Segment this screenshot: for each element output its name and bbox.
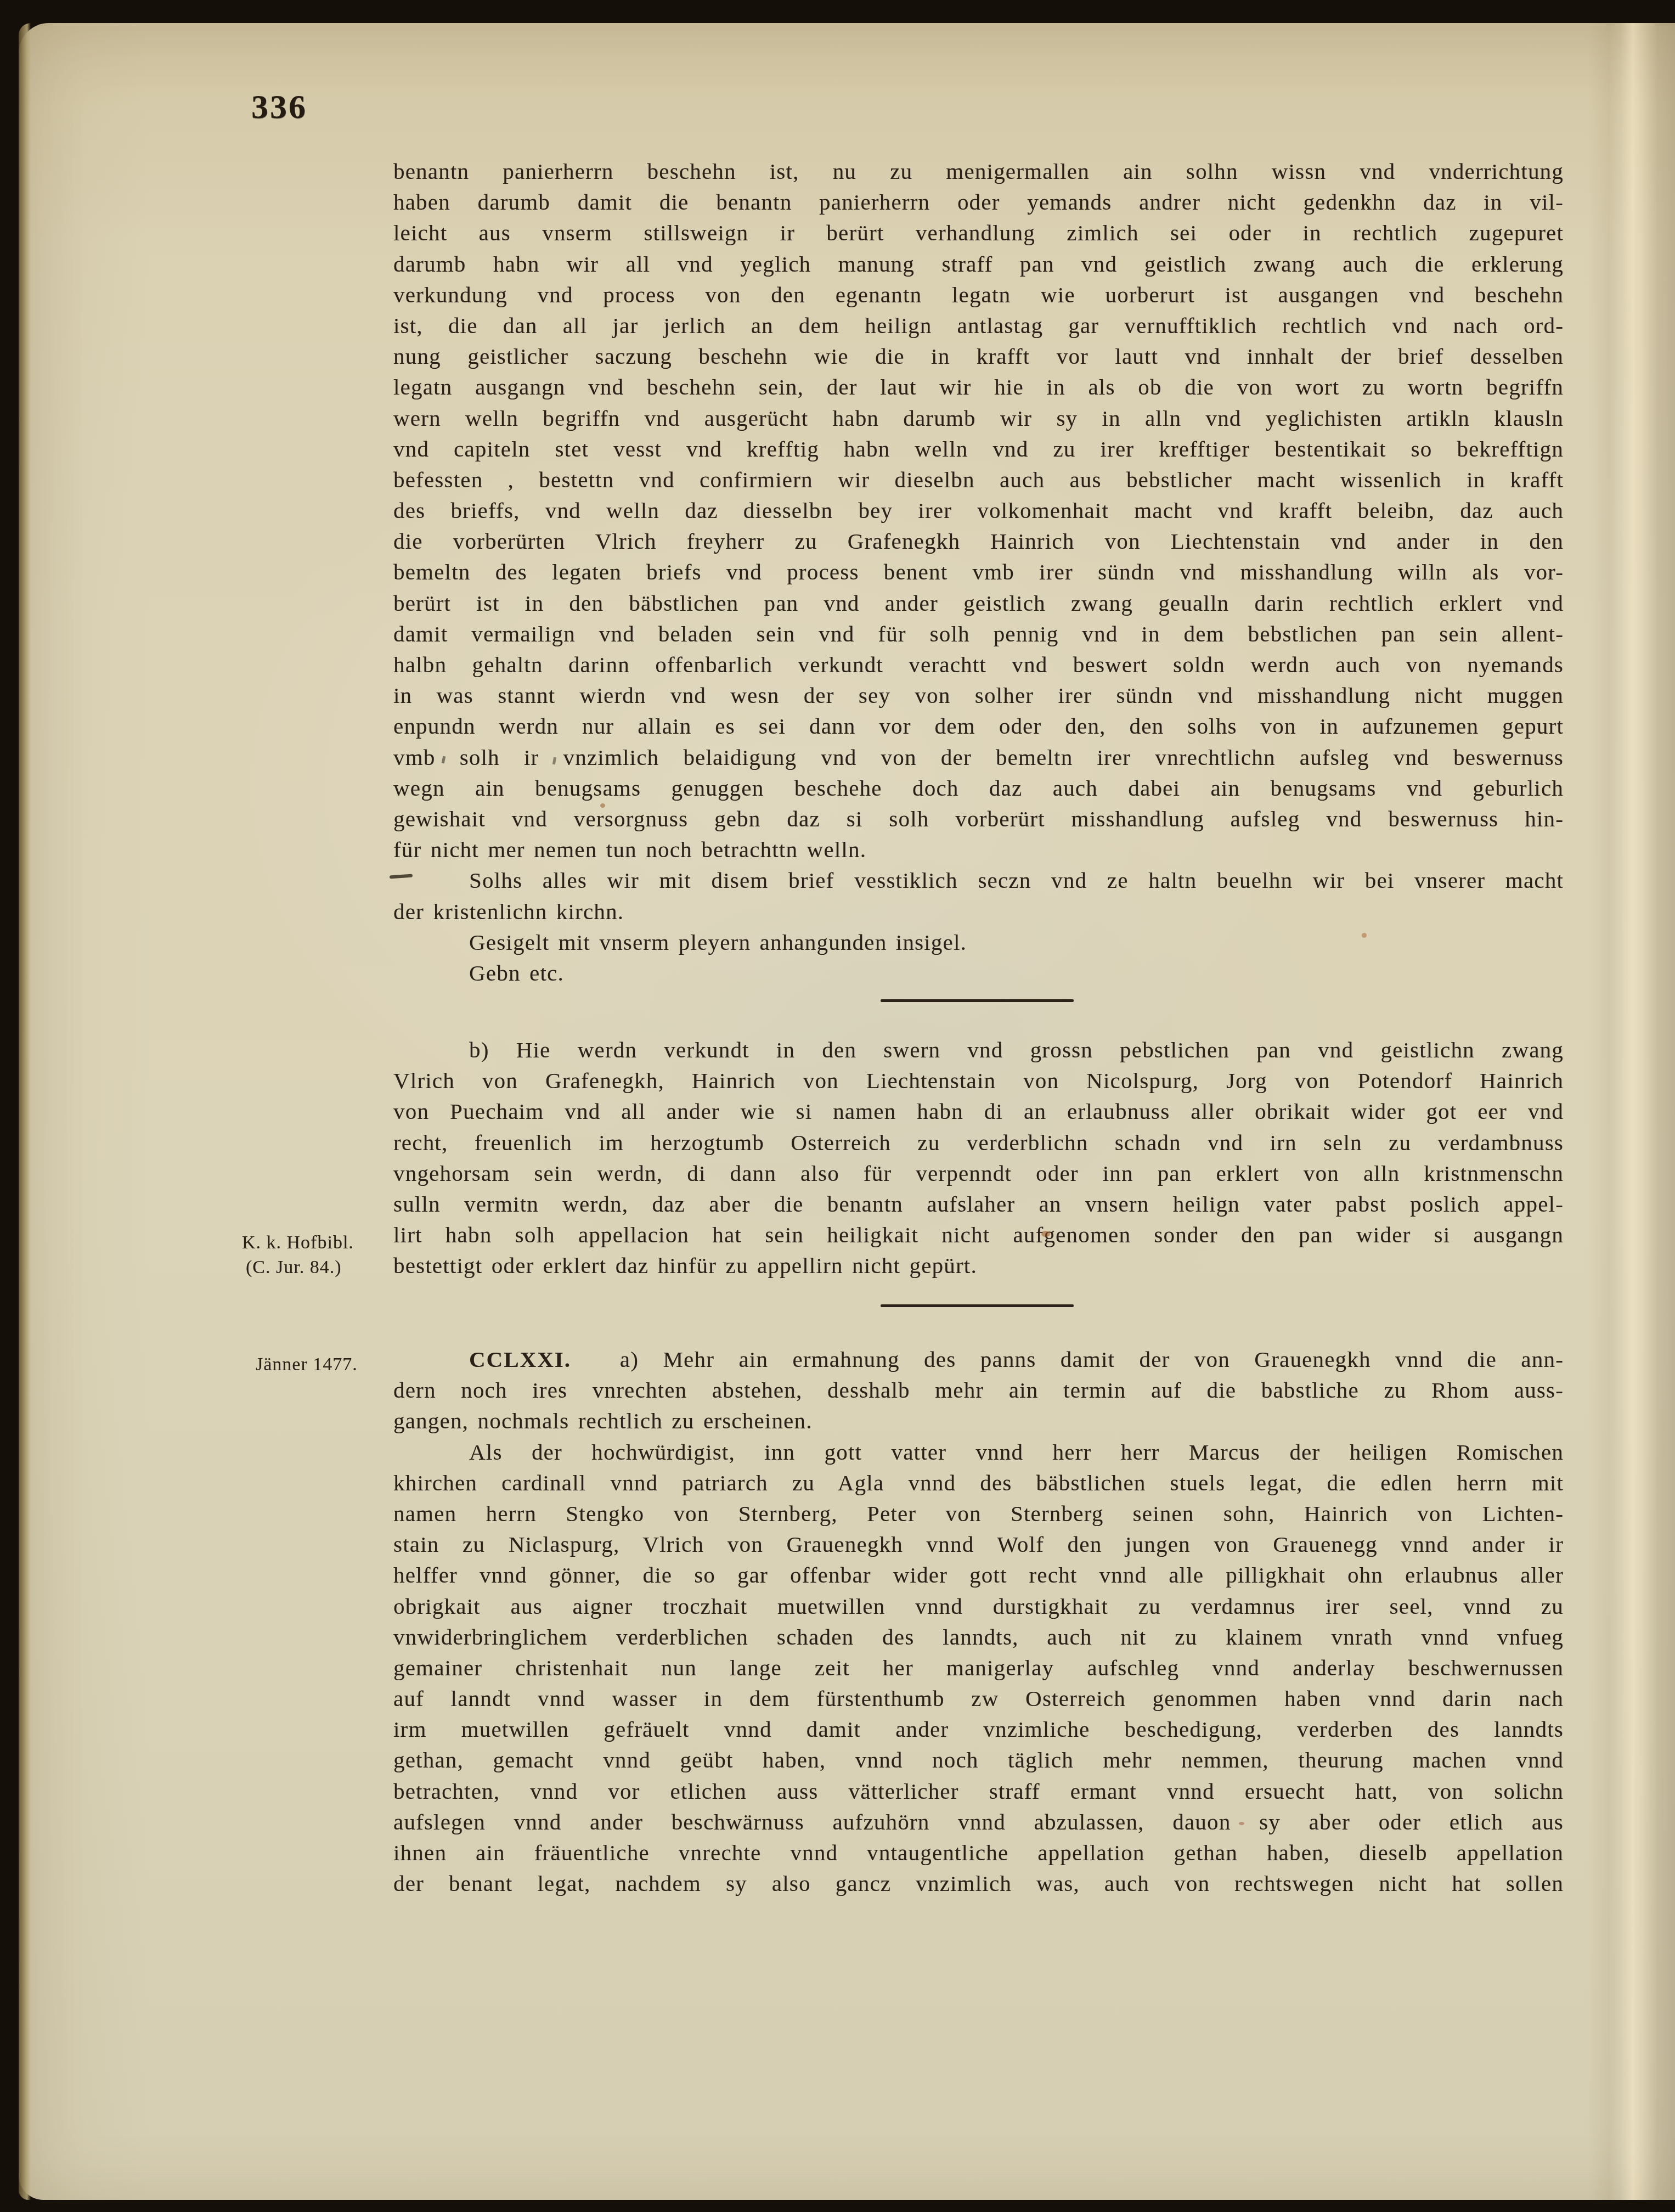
text-line: halbn gehaltn darinn offenbarlich verkun… bbox=[393, 649, 1564, 680]
text-line: Solhs alles wir mit disem brief vesstikl… bbox=[393, 865, 1564, 896]
section-divider bbox=[881, 1304, 1074, 1307]
text-line: lirt habn solh appellacion hat sein heil… bbox=[393, 1219, 1564, 1250]
text-line: bemeltn des legaten briefs vnd process b… bbox=[393, 556, 1564, 587]
text-line: recht, freuenlich im herzogtumb Osterrei… bbox=[393, 1127, 1564, 1158]
paper-stain bbox=[1362, 933, 1367, 938]
text-line: vngehorsam sein werdn, di dann also für … bbox=[393, 1158, 1564, 1189]
paper-stain bbox=[600, 803, 605, 808]
text-line: Gebn etc. bbox=[393, 958, 1564, 988]
text-line: CCLXXI. a) Mehr ain ermahnung des panns … bbox=[393, 1344, 1564, 1375]
text-block-continuation: benantn panierherrn beschehn ist, nu zu … bbox=[393, 156, 1564, 988]
text-line: befessten , bestettn vnd confirmiern wir… bbox=[393, 464, 1564, 495]
text-line: benantn panierherrn beschehn ist, nu zu … bbox=[393, 156, 1564, 187]
text-line: vnwiderbringlichem verderblichen schaden… bbox=[393, 1622, 1564, 1652]
text-line: betrachten, vnnd vor etlichen auss vätte… bbox=[393, 1776, 1564, 1806]
text-line: der benant legat, nachdem sy also gancz … bbox=[393, 1868, 1564, 1899]
paper-stain bbox=[1041, 1231, 1050, 1237]
text-line: leicht aus vnserm stillsweign ir berürt … bbox=[393, 217, 1564, 248]
entry-number: CCLXXI. bbox=[469, 1347, 571, 1372]
text-line: nung geistlicher saczung beschehn wie di… bbox=[393, 341, 1564, 372]
text-line: enpundn werdn nur allain es sei dann vor… bbox=[393, 711, 1564, 741]
text-line: wegn ain benugsams genuggen beschehe doc… bbox=[393, 773, 1564, 803]
text-line: Gesigelt mit vnserm pleyern anhangunden … bbox=[393, 927, 1564, 958]
text-block-paragraph-b: b) Hie werdn verkundt in den swern vnd g… bbox=[393, 1034, 1564, 1281]
paper-stain bbox=[1239, 1822, 1244, 1825]
text-line: des brieffs, vnd welln daz diesselbn bey… bbox=[393, 495, 1564, 526]
text-line: bestettigt oder erklert daz hinfür zu ap… bbox=[393, 1250, 1564, 1281]
text-line: legatn ausgangn vnd beschehn sein, der l… bbox=[393, 372, 1564, 402]
text-line: darumb habn wir all vnd yeglich manung s… bbox=[393, 249, 1564, 279]
text-line: die vorberürten Vlrich freyherr zu Grafe… bbox=[393, 526, 1564, 556]
margin-note-shelfmark: K. k. Hofbibl. bbox=[242, 1232, 354, 1253]
text-line: sulln vermitn werdn, daz aber die benant… bbox=[393, 1189, 1564, 1219]
text-line: dern noch ires vnrechten abstehen, dessh… bbox=[393, 1375, 1564, 1405]
text-line: gangen, nochmals rechtlich zu erscheinen… bbox=[393, 1405, 1564, 1436]
text-line: helffer vnnd gönner, die so gar offenbar… bbox=[393, 1560, 1564, 1590]
text-line: Vlrich von Grafenegkh, Hainrich von Liec… bbox=[393, 1065, 1564, 1096]
text-line: khirchen cardinall vnnd patriarch zu Agl… bbox=[393, 1467, 1564, 1498]
text-line: gethan, gemacht vnnd geübt haben, vnnd n… bbox=[393, 1744, 1564, 1775]
text-line: der kristenlichn kirchn. bbox=[393, 896, 1564, 927]
text-line: ist, die dan all jar jerlich an dem heil… bbox=[393, 310, 1564, 341]
text-line: aufslegen vnnd ander beschwärnuss aufzuh… bbox=[393, 1806, 1564, 1837]
text-line: stain zu Niclaspurg, Vlrich von Graueneg… bbox=[393, 1529, 1564, 1560]
text-line: ihnen ain fräuentliche vnrechte vnnd vnt… bbox=[393, 1837, 1564, 1868]
text-line: wern welln begriffn vnd ausgerücht habn … bbox=[393, 403, 1564, 434]
page-number: 336 bbox=[251, 88, 307, 127]
text-line: von Puechaim vnd all ander wie si namen … bbox=[393, 1096, 1564, 1127]
text-line: haben darumb damit die benantn panierher… bbox=[393, 187, 1564, 217]
margin-note-shelfmark: (C. Jur. 84.) bbox=[246, 1257, 342, 1278]
text-line: verkundung vnd process von den egenantn … bbox=[393, 279, 1564, 310]
text-line: namen herrn Stengko von Sternberg, Peter… bbox=[393, 1498, 1564, 1529]
scanned-book-photo: { "colors":{ "background":"#140f09", "pa… bbox=[0, 0, 1675, 2212]
text-line: auf lanndt vnnd wasser in dem fürstenthu… bbox=[393, 1683, 1564, 1714]
text-line: b) Hie werdn verkundt in den swern vnd g… bbox=[393, 1034, 1564, 1065]
text-line: berürt ist in den bäbstlichen pan vnd an… bbox=[393, 588, 1564, 618]
text-line: vnd capiteln stet vesst vnd krefftig hab… bbox=[393, 434, 1564, 464]
margin-note-date: Jänner 1477. bbox=[256, 1354, 358, 1375]
text-line: irm muetwillen gefräuelt vnnd damit ande… bbox=[393, 1714, 1564, 1744]
text-line: Als der hochwürdigist, inn gott vatter v… bbox=[393, 1437, 1564, 1467]
printed-content: 336 benantn panierherrn beschehn ist, nu… bbox=[0, 0, 1675, 2212]
text-line: obrigkait aus aigner troczhait muetwille… bbox=[393, 1591, 1564, 1622]
section-divider bbox=[881, 999, 1074, 1002]
text-line: damit vermailign vnd beladen sein vnd fü… bbox=[393, 618, 1564, 649]
text-line: in was stannt wierdn vnd wesn der sey vo… bbox=[393, 680, 1564, 711]
text-line: gemainer christenhait nun lange zeit her… bbox=[393, 1652, 1564, 1683]
text-line: gewishait vnd versorgnuss gebn daz si so… bbox=[393, 803, 1564, 834]
text-line: für nicht mer nemen tun noch betrachttn … bbox=[393, 834, 1564, 865]
text-block-entry-cclxxi: CCLXXI. a) Mehr ain ermahnung des panns … bbox=[393, 1344, 1564, 1899]
text-line: vmb solh ir vnzimlich belaidigung vnd vo… bbox=[393, 742, 1564, 773]
